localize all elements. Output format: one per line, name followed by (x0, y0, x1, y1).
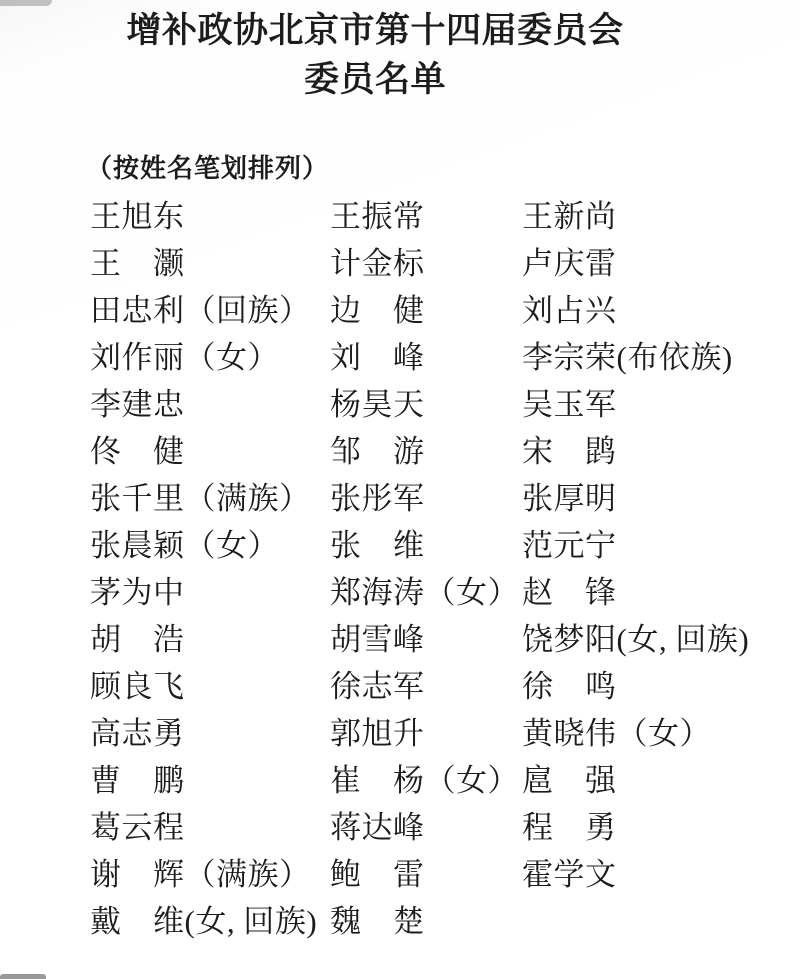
member-name: 魏 楚 (330, 898, 522, 945)
member-name: 曹 鹏 (90, 757, 330, 804)
member-name: 张彤军 (330, 475, 522, 522)
member-name: 郭旭升 (330, 710, 522, 757)
member-name: 杨昊天 (330, 381, 522, 428)
member-name: 胡 浩 (90, 616, 330, 663)
member-name: 王 灏 (90, 240, 330, 287)
member-name: 邹 游 (330, 428, 522, 475)
member-name: 程 勇 (522, 804, 800, 851)
member-name: 王新尚 (522, 193, 800, 240)
page-subtitle: 委员名单 (0, 56, 750, 104)
member-name: 高志勇 (90, 710, 330, 757)
member-row: 曹 鹏 崔 杨（女） 扈 强 (90, 757, 800, 804)
member-name: 徐志军 (330, 663, 522, 710)
member-name: 霍学文 (522, 851, 800, 898)
member-name: 赵 锋 (522, 569, 800, 616)
member-name: 刘占兴 (522, 287, 800, 334)
member-name: 王振常 (330, 193, 522, 240)
member-name: 刘 峰 (330, 334, 522, 381)
member-name: 范元宁 (522, 522, 800, 569)
title-block: 增补政协北京市第十四届委员会 委员名单 (0, 0, 750, 104)
member-row: 顾良飞 徐志军 徐 鸣 (90, 663, 800, 710)
member-name: 李宗荣(布依族) (522, 334, 800, 381)
member-name: 谢 辉（满族） (90, 851, 330, 898)
member-row: 胡 浩 胡雪峰 饶梦阳(女, 回族) (90, 616, 800, 663)
member-row: 张晨颖（女） 张 维 范元宁 (90, 522, 800, 569)
member-name: 王旭东 (90, 193, 330, 240)
scan-artifact-top-left (0, 0, 52, 6)
member-name: 蒋达峰 (330, 804, 522, 851)
member-name: 田忠利（回族） (90, 287, 330, 334)
member-row: 葛云程 蒋达峰 程 勇 (90, 804, 800, 851)
member-row: 高志勇 郭旭升 黄晓伟（女） (90, 710, 800, 757)
member-name: 边 健 (330, 287, 522, 334)
member-name: 崔 杨（女） (330, 757, 522, 804)
member-name: 宋 鹍 (522, 428, 800, 475)
member-name: 饶梦阳(女, 回族) (522, 616, 800, 663)
member-name: 吴玉军 (522, 381, 800, 428)
member-name: 张千里（满族） (90, 475, 330, 522)
member-name: 戴 维(女, 回族) (90, 898, 330, 945)
member-name: 胡雪峰 (330, 616, 522, 663)
member-name: 计金标 (330, 240, 522, 287)
member-row: 王旭东 王振常 王新尚 (90, 193, 800, 240)
member-name: 张晨颖（女） (90, 522, 330, 569)
scan-artifact-bottom-left (0, 974, 46, 979)
member-name: 郑海涛（女） (330, 569, 522, 616)
member-name: 鲍 雷 (330, 851, 522, 898)
member-row: 茅为中 郑海涛（女） 赵 锋 (90, 569, 800, 616)
member-name: 张 维 (330, 522, 522, 569)
members-list: 王旭东 王振常 王新尚 王 灏 计金标 卢庆雷 田忠利（回族） 边 健 刘占兴 … (90, 193, 800, 945)
member-row: 田忠利（回族） 边 健 刘占兴 (90, 287, 800, 334)
member-name: 张厚明 (522, 475, 800, 522)
member-name: 扈 强 (522, 757, 800, 804)
member-row: 佟 健 邹 游 宋 鹍 (90, 428, 800, 475)
member-name: 黄晓伟（女） (522, 710, 800, 757)
member-name: 葛云程 (90, 804, 330, 851)
sort-order-note: （按姓名笔划排列） (86, 150, 800, 188)
member-name: 茅为中 (90, 569, 330, 616)
member-row: 戴 维(女, 回族) 魏 楚 (90, 898, 800, 945)
member-row: 王 灏 计金标 卢庆雷 (90, 240, 800, 287)
member-row: 李建忠 杨昊天 吴玉军 (90, 381, 800, 428)
member-row: 谢 辉（满族） 鲍 雷 霍学文 (90, 851, 800, 898)
member-name (522, 898, 800, 945)
member-row: 张千里（满族） 张彤军 张厚明 (90, 475, 800, 522)
member-name: 徐 鸣 (522, 663, 800, 710)
member-row: 刘作丽（女） 刘 峰 李宗荣(布依族) (90, 334, 800, 381)
member-name: 李建忠 (90, 381, 330, 428)
member-name: 佟 健 (90, 428, 330, 475)
member-name: 顾良飞 (90, 663, 330, 710)
member-name: 刘作丽（女） (90, 334, 330, 381)
member-name: 卢庆雷 (522, 240, 800, 287)
document-page: 增补政协北京市第十四届委员会 委员名单 （按姓名笔划排列） 王旭东 王振常 王新… (0, 0, 800, 979)
page-title: 增补政协北京市第十四届委员会 (0, 6, 750, 56)
